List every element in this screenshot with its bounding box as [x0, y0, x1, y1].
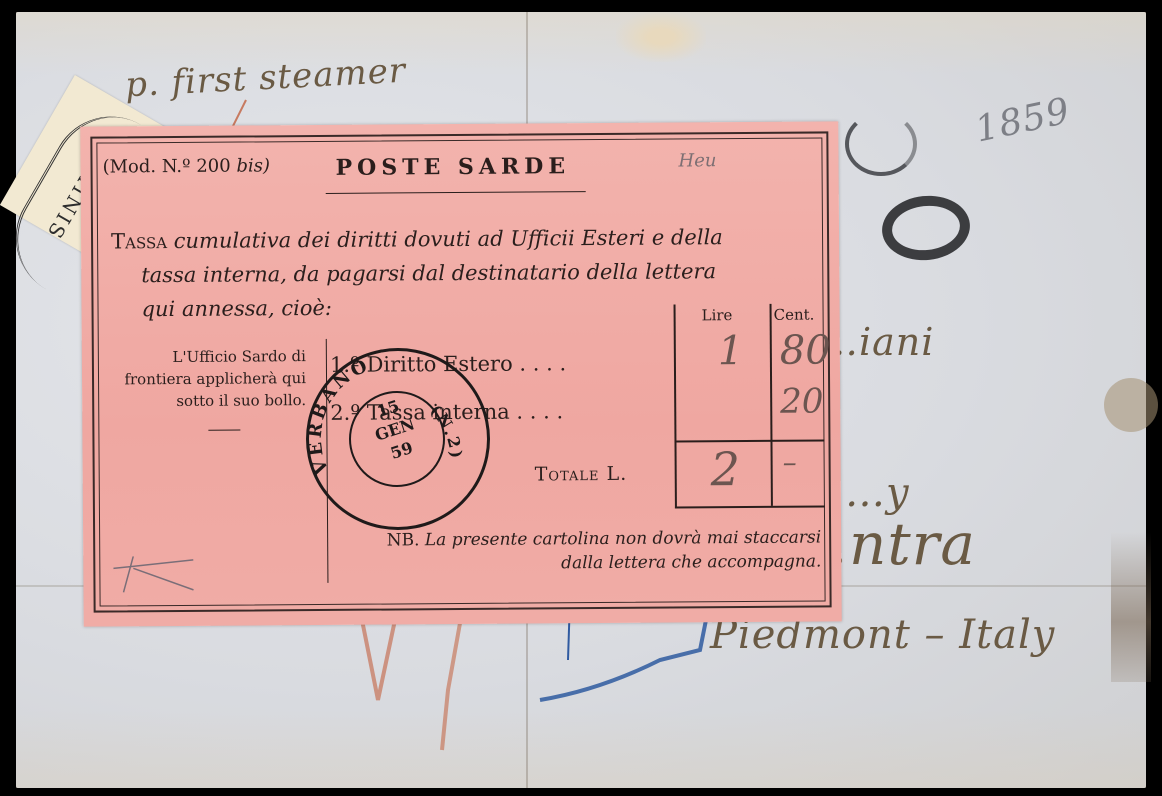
paper-tear: [616, 12, 706, 62]
total-cent: –: [783, 446, 797, 479]
pencil-annotation: Heu: [678, 150, 716, 171]
verbano-postmark: VERBANO (N.2) 15 GEN 59: [306, 348, 490, 530]
total-lire: 2: [710, 442, 740, 496]
edge-stain: [1111, 532, 1151, 682]
faint-handstamp: [845, 112, 917, 176]
form-number: (Mod. N.º 200 bis): [102, 155, 270, 177]
foreign-fee-lire: 1: [718, 328, 744, 374]
total-label: Totale L.: [535, 463, 628, 486]
foxing-stain: [1104, 378, 1158, 432]
amount-table: Lire Cent. 1 80 20 2 –: [674, 303, 825, 508]
foreign-fee-cent: 80: [780, 327, 831, 373]
lire-header: Lire: [702, 306, 733, 324]
frontier-office-note: L'Ufficio Sardo di frontiera applicherà …: [116, 345, 306, 412]
internal-tax-cent: 20: [780, 381, 824, 421]
total-rule: [676, 439, 824, 442]
nb-notice: NB. La presente cartolina non dovrà mai …: [341, 525, 821, 576]
amount-column-divider: [770, 304, 773, 506]
cent-header: Cent.: [774, 306, 815, 324]
pencil-cross-mark: [113, 556, 203, 597]
card-title: POSTE SARDE: [335, 153, 570, 181]
